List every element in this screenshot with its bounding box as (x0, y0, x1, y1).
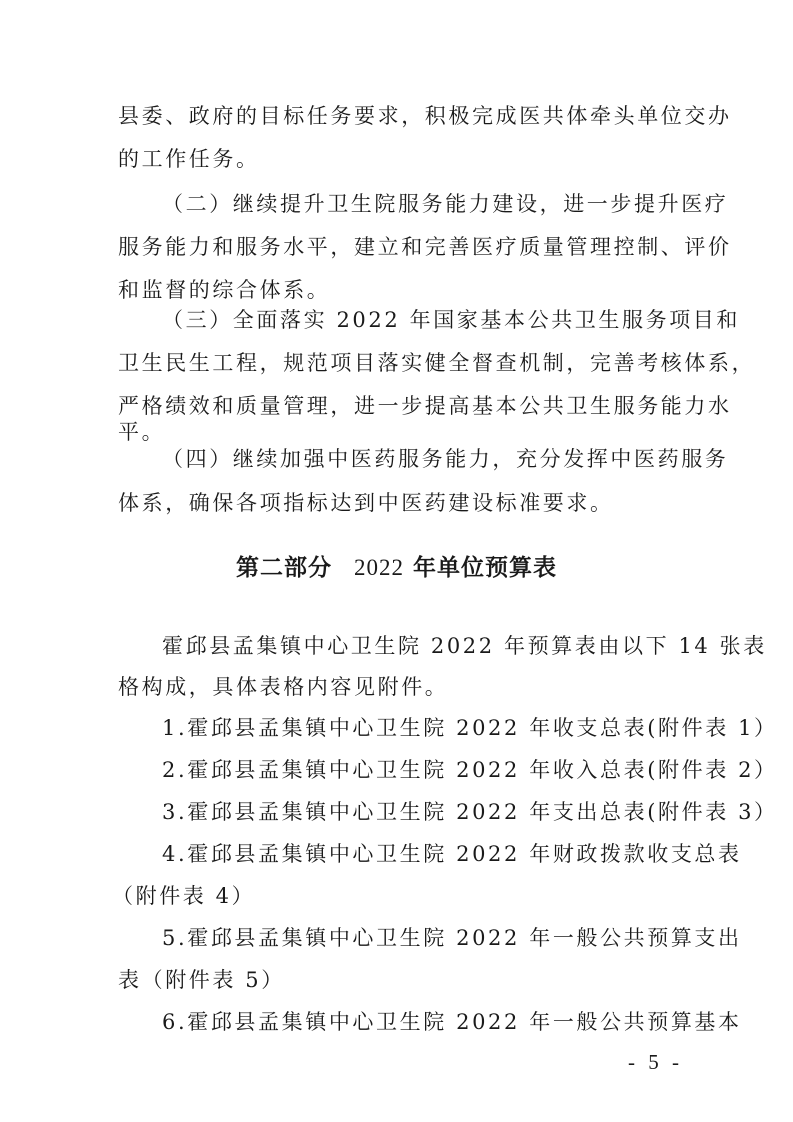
list-item: 表（附件表 5） (118, 966, 678, 994)
section-title: 年单位预算表 (413, 555, 557, 581)
paragraph-line: （二）继续提升卫生院服务能力建设，进一步提升医疗 (162, 190, 678, 218)
intro-line: 霍邱县孟集镇中心卫生院 2022 年预算表由以下 14 张表 (162, 632, 678, 660)
paragraph-line: 平。 (118, 418, 678, 446)
paragraph-line: 和监督的综合体系。 (118, 276, 678, 304)
section-year: 2022 (354, 555, 404, 580)
paragraph-line: 卫生民生工程，规范项目落实健全督查机制，完善考核体系， (118, 349, 678, 377)
list-item: 2.霍邱县孟集镇中心卫生院 2022 年收入总表(附件表 2） (162, 756, 678, 784)
paragraph-line: 县委、政府的目标任务要求，积极完成医共体牵头单位交办 (118, 102, 678, 130)
paragraph-line: （四）继续加强中医药服务能力，充分发挥中医药服务 (162, 445, 678, 473)
section-part: 第二部分 (236, 555, 332, 581)
paragraph-line: （三）全面落实 2022 年国家基本公共卫生服务项目和 (162, 306, 678, 334)
paragraph-line: 严格绩效和质量管理，进一步提高基本公共卫生服务能力水 (118, 392, 678, 420)
paragraph-line: 服务能力和服务水平，建立和完善医疗质量管理控制、评价 (118, 233, 678, 261)
page-number: - 5 - (628, 1048, 683, 1076)
list-item: （附件表 4） (112, 882, 672, 910)
section-heading: 第二部分2022 年单位预算表 (0, 553, 793, 583)
paragraph-line: 的工作任务。 (118, 145, 678, 173)
list-item: 6.霍邱县孟集镇中心卫生院 2022 年一般公共预算基本 (162, 1008, 678, 1036)
document-page: 县委、政府的目标任务要求，积极完成医共体牵头单位交办 的工作任务。 （二）继续提… (0, 0, 793, 1122)
intro-line: 格构成，具体表格内容见附件。 (118, 673, 678, 701)
list-item: 4.霍邱县孟集镇中心卫生院 2022 年财政拨款收支总表 (162, 840, 678, 868)
paragraph-line: 体系，确保各项指标达到中医药建设标准要求。 (118, 489, 678, 517)
list-item: 1.霍邱县孟集镇中心卫生院 2022 年收支总表(附件表 1） (162, 714, 678, 742)
list-item: 3.霍邱县孟集镇中心卫生院 2022 年支出总表(附件表 3） (162, 798, 678, 826)
list-item: 5.霍邱县孟集镇中心卫生院 2022 年一般公共预算支出 (162, 924, 678, 952)
